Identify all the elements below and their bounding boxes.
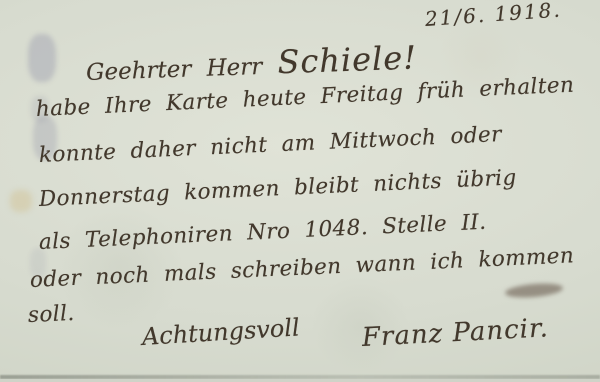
recipient-name: Schiele! xyxy=(277,38,418,81)
closing-line: Achtungsvoll xyxy=(141,313,300,351)
body-line-6: soll. xyxy=(27,301,75,328)
body-line-4: als Telephoniren Nro 1048. Stelle II. xyxy=(38,210,486,255)
postcard-scan: 21/6. 1918. Geehrter Herr Schiele! habe … xyxy=(0,0,600,382)
stamp-offset-smudge xyxy=(28,34,56,82)
salutation-prefix: Geehrter Herr xyxy=(86,54,263,86)
body-line-2: konnte daher nicht am Mittwoch oder xyxy=(38,122,502,168)
ink-smear xyxy=(505,281,564,299)
handwritten-date: 21/6. 1918. xyxy=(424,0,562,31)
body-line-3: Donnerstag kommen bleibt nichts übrig xyxy=(38,165,517,212)
paper-stain xyxy=(10,190,32,212)
signature: Franz Pancir. xyxy=(361,313,549,353)
salutation-line: Geehrter Herr Schiele! xyxy=(85,38,417,88)
